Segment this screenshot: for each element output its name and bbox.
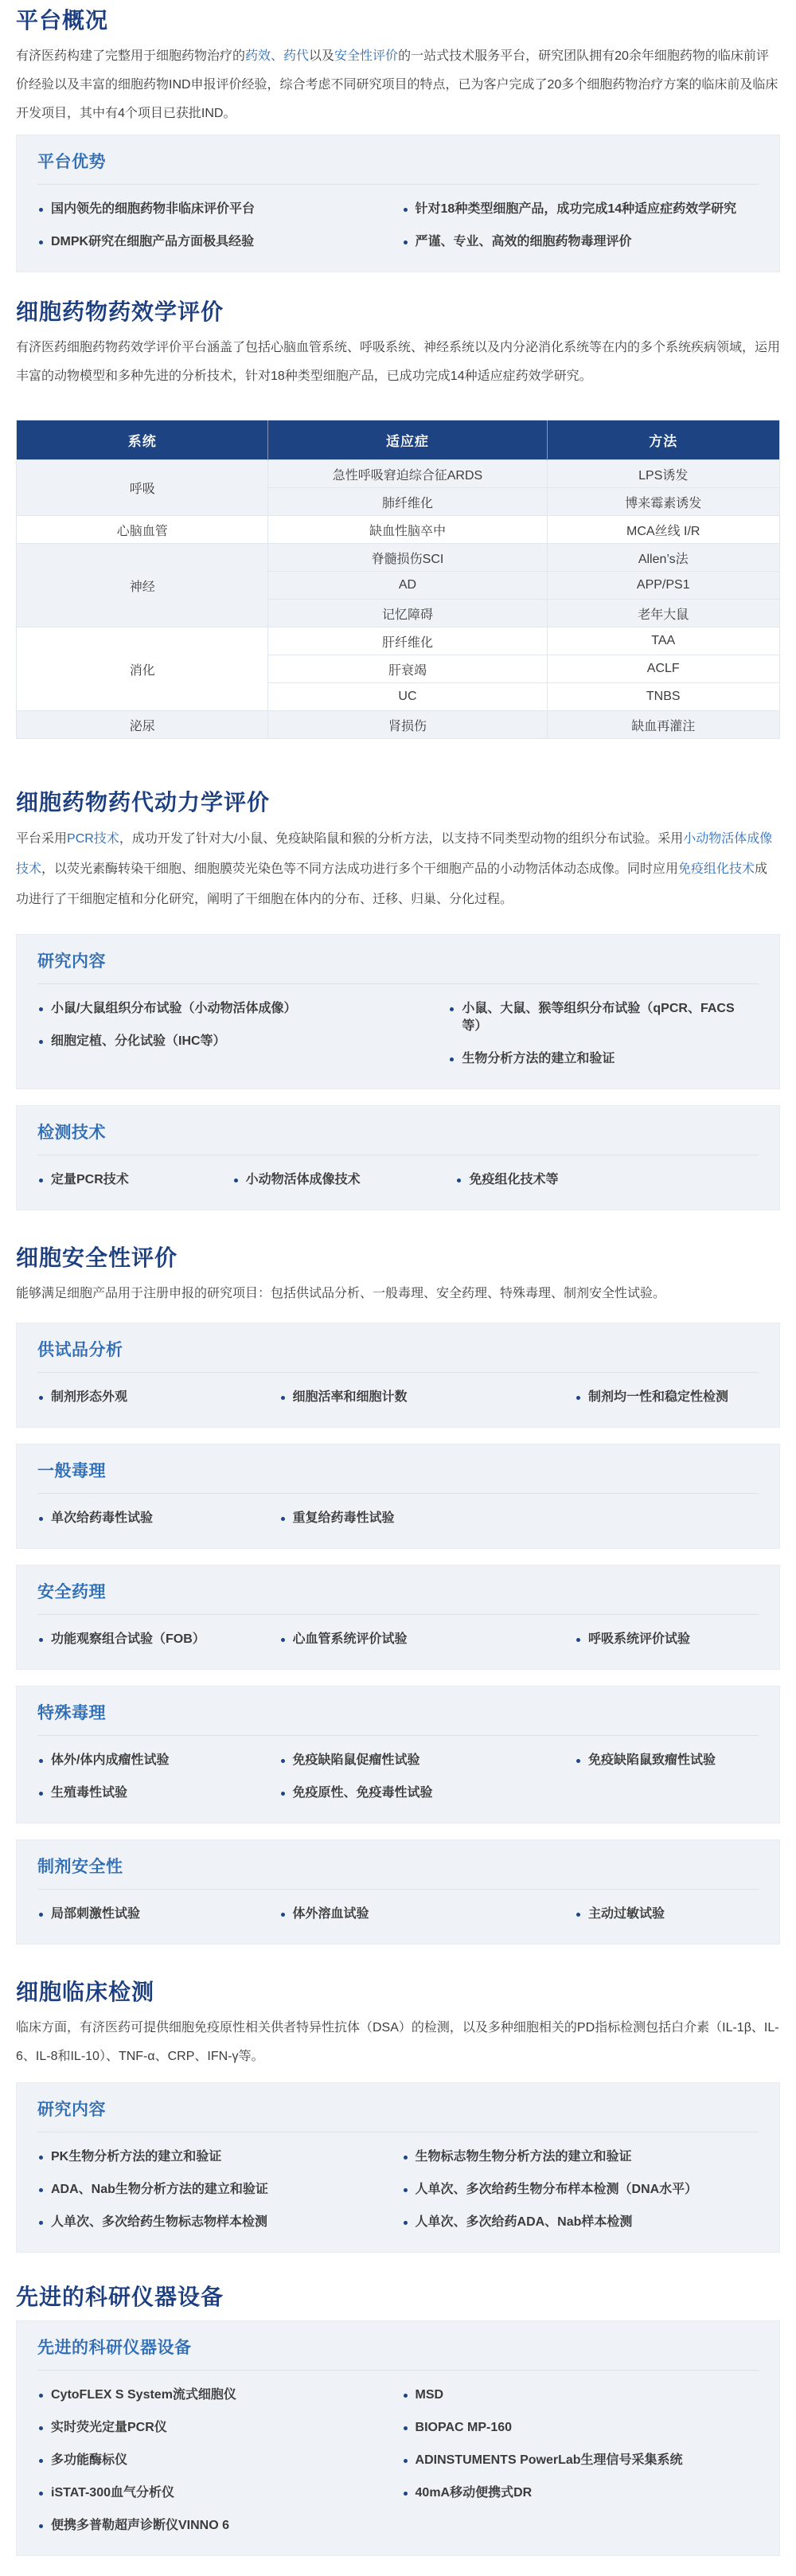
bullet-column: 针对18种类型细胞产品，成功完成14种适应症药效学研究严谨、专业、高效的细胞药物…: [402, 201, 759, 251]
bullet-icon: [39, 1759, 43, 1763]
bullet-column: [575, 1510, 759, 1527]
table-cell-indication: 脊髓损伤SCI: [268, 544, 547, 572]
bullet-column: 体外/体内成瘤性试验生殖毒性试验: [37, 1752, 279, 1802]
bullet-item: 国内领先的细胞药物非临床评价平台: [37, 201, 402, 218]
section-pharmacokinetics: 细胞药物药代动力学评价 平台采用PCR技术，成功开发了针对大/小鼠、免疫缺陷鼠和…: [16, 787, 780, 915]
bullet-column: 局部刺激性试验: [37, 1906, 279, 1923]
text-segment: ，以荧光素酶转染干细胞、细胞膜荧光染色等不同方法成功进行多个干细胞产品的小动物活…: [41, 862, 678, 876]
section-clinical-testing: 细胞临床检测 临床方面，有济医药可提供细胞免疫原性相关供者特异性抗体（DSA）的…: [16, 1976, 780, 2071]
bullet-icon: [39, 1396, 43, 1400]
section-title: 细胞临床检测: [16, 1976, 780, 2007]
bullet-item: 实时荧光定量PCR仪: [37, 2419, 402, 2437]
table-cell-method: TAA: [547, 627, 780, 655]
bullet-columns: 小鼠/大鼠组织分布试验（小动物活体成像）细胞定植、分化试验（IHC等）小鼠、大鼠…: [37, 1000, 759, 1068]
bullet-columns: CytoFLEX S System流式细胞仪实时荧光定量PCR仪多功能酶标仪iS…: [37, 2386, 759, 2535]
bullet-icon: [404, 2426, 408, 2430]
table-row: 呼吸急性呼吸窘迫综合征ARDSLPS诱发: [17, 460, 780, 488]
table-cell-method: ACLF: [547, 655, 780, 683]
bullet-label: 主动过敏试验: [588, 1906, 665, 1923]
bullet-label: 人单次、多次给药ADA、Nab样本检测: [416, 2214, 633, 2231]
bullet-icon: [281, 1759, 285, 1763]
bullet-columns: 局部刺激性试验体外溶血试验主动过敏试验: [37, 1906, 759, 1923]
bullet-label: 重复给药毒性试验: [293, 1510, 395, 1527]
bullet-item: 便携多普勒超声诊断仪VINNO 6: [37, 2517, 402, 2535]
table-cell-method: MCA丝线 I/R: [547, 516, 780, 544]
divider: [37, 1735, 759, 1736]
card-title: 特殊毒理: [37, 1702, 759, 1725]
table-cell-indication: 急性呼吸窘迫综合征ARDS: [268, 460, 547, 488]
bullet-label: 局部刺激性试验: [51, 1906, 140, 1923]
card-equipment-list: 先进的科研仪器设备 CytoFLEX S System流式细胞仪实时荧光定量PC…: [16, 2320, 780, 2556]
bullet-item: 免疫组化技术等: [455, 1171, 759, 1189]
bullet-item: 严谨、专业、高效的细胞药物毒理评价: [402, 233, 759, 251]
table-row: 泌尿肾损伤缺血再灌注: [17, 711, 780, 739]
table-cell-method: LPS诱发: [547, 460, 780, 488]
section-title: 细胞安全性评价: [16, 1242, 780, 1273]
card-clinical-research-content: 研究内容 PK生物分析方法的建立和验证ADA、Nab生物分析方法的建立和验证人单…: [16, 2082, 780, 2253]
table-cell-method: Allen’s法: [547, 544, 780, 572]
table-cell-method: TNBS: [547, 683, 780, 711]
card-title: 平台优势: [37, 151, 759, 174]
bullet-item: 免疫原性、免疫毒性试验: [279, 1784, 575, 1802]
bullet-icon: [39, 2524, 43, 2528]
card-title: 研究内容: [37, 2099, 759, 2121]
table-cell-system: 呼吸: [17, 460, 268, 516]
bullet-label: 呼吸系统评价试验: [588, 1631, 690, 1648]
bullet-icon: [281, 1517, 285, 1521]
bullet-item: 小鼠、大鼠、猴等组织分布试验（qPCR、FACS等）: [448, 1000, 759, 1035]
table-header-method: 方法: [547, 420, 780, 460]
bullet-label: CytoFLEX S System流式细胞仪: [51, 2386, 236, 2404]
bullet-label: 人单次、多次给药生物分布样本检测（DNA水平）: [416, 2181, 698, 2199]
section-title: 细胞药物药代动力学评价: [16, 787, 780, 818]
bullet-icon: [39, 1792, 43, 1796]
section-title: 先进的科研仪器设备: [16, 2281, 780, 2312]
card-general-toxicology: 一般毒理 单次给药毒性试验重复给药毒性试验: [16, 1444, 780, 1549]
bullet-item: 人单次、多次给药生物标志物样本检测: [37, 2214, 402, 2231]
bullet-icon: [281, 1638, 285, 1642]
bullet-label: 严谨、专业、高效的细胞药物毒理评价: [416, 233, 632, 251]
bullet-item: 小鼠/大鼠组织分布试验（小动物活体成像）: [37, 1000, 448, 1018]
pk-paragraph: 平台采用PCR技术，成功开发了针对大/小鼠、免疫缺陷鼠和猴的分析方法，以支持不同…: [16, 824, 780, 915]
bullet-item: 主动过敏试验: [575, 1906, 759, 1923]
card-sample-analysis: 供试品分析 制剂形态外观细胞活率和细胞计数制剂均一性和稳定性检测: [16, 1323, 780, 1428]
bullet-column: 生物标志物生物分析方法的建立和验证人单次、多次给药生物分布样本检测（DNA水平）…: [402, 2148, 759, 2231]
bullet-label: ADINSTUMENTS PowerLab生理信号采集系统: [416, 2452, 683, 2469]
bullet-column: 单次给药毒性试验: [37, 1510, 279, 1527]
bullet-item: 生物标志物生物分析方法的建立和验证: [402, 2148, 759, 2166]
bullet-column: 小动物活体成像技术: [232, 1171, 456, 1189]
bullet-icon: [576, 1759, 580, 1763]
bullet-item: 制剂均一性和稳定性检测: [575, 1389, 759, 1406]
card-title: 检测技术: [37, 1122, 759, 1144]
table-cell-indication: 肝纤维化: [268, 627, 547, 655]
table-cell-indication: 缺血性脑卒中: [268, 516, 547, 544]
bullet-label: 国内领先的细胞药物非临床评价平台: [51, 201, 255, 218]
divider: [37, 2132, 759, 2132]
table-body: 呼吸急性呼吸窘迫综合征ARDSLPS诱发肺纤维化博来霉素诱发心脑血管缺血性脑卒中…: [17, 460, 780, 739]
bullet-column: 定量PCR技术: [37, 1171, 232, 1189]
bullet-icon: [39, 1517, 43, 1521]
bullet-label: 40mA移动便携式DR: [416, 2484, 533, 2502]
bullet-icon: [39, 2394, 43, 2398]
table-cell-system: 消化: [17, 627, 268, 711]
bullet-label: 免疫缺陷鼠致瘤性试验: [588, 1752, 716, 1769]
divider: [37, 1155, 759, 1155]
bullet-columns: 单次给药毒性试验重复给药毒性试验: [37, 1510, 759, 1527]
bullet-label: 小鼠、大鼠、猴等组织分布试验（qPCR、FACS等）: [462, 1000, 749, 1035]
bullet-label: 小鼠/大鼠组织分布试验（小动物活体成像）: [51, 1000, 296, 1018]
bullet-label: 心血管系统评价试验: [293, 1631, 408, 1648]
bullet-column: 体外溶血试验: [279, 1906, 575, 1923]
bullet-column: 免疫组化技术等: [455, 1171, 759, 1189]
safety-paragraph: 能够满足细胞产品用于注册申报的研究项目：包括供试品分析、一般毒理、安全药理、特殊…: [16, 1280, 780, 1308]
bullet-column: 制剂均一性和稳定性检测: [575, 1389, 759, 1406]
divider: [37, 1614, 759, 1615]
bullet-icon: [404, 2394, 408, 2398]
bullet-label: DMPK研究在细胞产品方面极具经验: [51, 233, 254, 251]
table-header-system: 系统: [17, 420, 268, 460]
divider: [37, 1493, 759, 1494]
bullet-icon: [39, 1913, 43, 1917]
bullet-icon: [39, 2221, 43, 2225]
bullet-item: 呼吸系统评价试验: [575, 1631, 759, 1648]
text-segment: 平台采用: [16, 832, 67, 846]
bullet-item: 心血管系统评价试验: [279, 1631, 575, 1648]
bullet-icon: [404, 2156, 408, 2160]
pd-paragraph: 有济医药细胞药物药效学评价平台涵盖了包括心脑血管系统、呼吸系统、神经系统以及内分…: [16, 334, 780, 391]
overview-paragraph: 有济医药构建了完整用于细胞药物治疗的药效、药代以及安全性评价的一站式技术服务平台…: [16, 42, 780, 128]
card-title: 安全药理: [37, 1581, 759, 1604]
bullet-column: 主动过敏试验: [575, 1906, 759, 1923]
bullet-icon: [39, 1179, 43, 1182]
bullet-columns: 国内领先的细胞药物非临床评价平台DMPK研究在细胞产品方面极具经验针对18种类型…: [37, 201, 759, 251]
divider: [37, 1372, 759, 1373]
bullet-label: 制剂均一性和稳定性检测: [588, 1389, 728, 1406]
card-formulation-safety: 制剂安全性 局部刺激性试验体外溶血试验主动过敏试验: [16, 1839, 780, 1945]
bullet-label: 生物分析方法的建立和验证: [462, 1050, 615, 1068]
highlighted-term: 免疫组化技术: [678, 862, 755, 876]
bullet-icon: [404, 2459, 408, 2463]
bullet-label: 体外溶血试验: [293, 1906, 369, 1923]
bullet-label: 实时荧光定量PCR仪: [51, 2419, 167, 2437]
table-cell-method: 缺血再灌注: [547, 711, 780, 739]
bullet-icon: [457, 1179, 461, 1182]
bullet-item: 定量PCR技术: [37, 1171, 232, 1189]
bullet-label: BIOPAC MP-160: [416, 2419, 513, 2437]
page-title: 平台概况: [16, 5, 780, 36]
text-segment: 有济医药构建了完整用于细胞药物治疗的: [16, 49, 245, 63]
bullet-item: 细胞定植、分化试验（IHC等）: [37, 1033, 448, 1050]
divider: [37, 2370, 759, 2371]
card-title: 制剂安全性: [37, 1856, 759, 1878]
table-cell-system: 心脑血管: [17, 516, 268, 544]
bullet-item: ADA、Nab生物分析方法的建立和验证: [37, 2181, 402, 2199]
bullet-label: 细胞定植、分化试验（IHC等）: [51, 1033, 226, 1050]
page-content: 平台概况 有济医药构建了完整用于细胞药物治疗的药效、药代以及安全性评价的一站式技…: [0, 0, 796, 2576]
bullet-item: 生物分析方法的建立和验证: [448, 1050, 759, 1068]
bullet-columns: 定量PCR技术小动物活体成像技术免疫组化技术等: [37, 1171, 759, 1189]
section-platform-overview: 平台概况 有济医药构建了完整用于细胞药物治疗的药效、药代以及安全性评价的一站式技…: [16, 5, 780, 128]
bullet-icon: [39, 240, 43, 244]
bullet-label: 免疫组化技术等: [469, 1171, 558, 1189]
table-cell-indication: 肺纤维化: [268, 488, 547, 516]
highlighted-term: 药效、药代: [245, 49, 309, 63]
bullet-label: 功能观察组合试验（FOB）: [51, 1631, 205, 1648]
bullet-icon: [281, 1792, 285, 1796]
divider: [37, 184, 759, 185]
pd-indications-table: 系统 适应症 方法 呼吸急性呼吸窘迫综合征ARDSLPS诱发肺纤维化博来霉素诱发…: [16, 420, 780, 739]
bullet-label: PK生物分析方法的建立和验证: [51, 2148, 221, 2166]
bullet-icon: [39, 2156, 43, 2160]
bullet-icon: [576, 1396, 580, 1400]
card-title: 供试品分析: [37, 1339, 759, 1362]
bullet-item: ADINSTUMENTS PowerLab生理信号采集系统: [402, 2452, 759, 2469]
bullet-item: 制剂形态外观: [37, 1389, 279, 1406]
bullet-item: 多功能酶标仪: [37, 2452, 402, 2469]
table-cell-indication: 肝衰竭: [268, 655, 547, 683]
bullet-label: 单次给药毒性试验: [51, 1510, 153, 1527]
bullet-icon: [39, 208, 43, 212]
bullet-item: 人单次、多次给药ADA、Nab样本检测: [402, 2214, 759, 2231]
bullet-icon: [576, 1913, 580, 1917]
bullet-label: 针对18种类型细胞产品，成功完成14种适应症药效学研究: [416, 201, 737, 218]
bullet-column: 呼吸系统评价试验: [575, 1631, 759, 1648]
bullet-icon: [39, 1638, 43, 1642]
bullet-label: 小动物活体成像技术: [246, 1171, 361, 1189]
bullet-item: 免疫缺陷鼠促瘤性试验: [279, 1752, 575, 1769]
bullet-columns: 制剂形态外观细胞活率和细胞计数制剂均一性和稳定性检测: [37, 1389, 759, 1406]
section-title: 细胞药物药效学评价: [16, 296, 780, 327]
bullet-item: 40mA移动便携式DR: [402, 2484, 759, 2502]
bullet-column: 小鼠/大鼠组织分布试验（小动物活体成像）细胞定植、分化试验（IHC等）: [37, 1000, 448, 1068]
bullet-icon: [39, 1007, 43, 1011]
bullet-label: 制剂形态外观: [51, 1389, 127, 1406]
section-pharmacodynamics: 细胞药物药效学评价 有济医药细胞药物药效学评价平台涵盖了包括心脑血管系统、呼吸系…: [16, 296, 780, 739]
card-detection-tech: 检测技术 定量PCR技术小动物活体成像技术免疫组化技术等: [16, 1105, 780, 1210]
bullet-column: 小鼠、大鼠、猴等组织分布试验（qPCR、FACS等）生物分析方法的建立和验证: [448, 1000, 759, 1068]
bullet-icon: [404, 208, 408, 212]
bullet-column: CytoFLEX S System流式细胞仪实时荧光定量PCR仪多功能酶标仪iS…: [37, 2386, 402, 2535]
bullet-label: ADA、Nab生物分析方法的建立和验证: [51, 2181, 268, 2199]
bullet-icon: [576, 1638, 580, 1642]
table-row: 消化肝纤维化TAA: [17, 627, 780, 655]
bullet-label: 定量PCR技术: [51, 1171, 129, 1189]
bullet-label: 体外/体内成瘤性试验: [51, 1752, 169, 1769]
table-header-indication: 适应症: [268, 420, 547, 460]
card-title: 研究内容: [37, 951, 759, 973]
bullet-icon: [39, 2188, 43, 2192]
table-row: 神经脊髓损伤SCIAllen’s法: [17, 544, 780, 572]
table-cell-system: 泌尿: [17, 711, 268, 739]
bullet-column: 免疫缺陷鼠促瘤性试验免疫原性、免疫毒性试验: [279, 1752, 575, 1802]
bullet-label: 生殖毒性试验: [51, 1784, 127, 1802]
bullet-icon: [39, 1040, 43, 1044]
bullet-item: PK生物分析方法的建立和验证: [37, 2148, 402, 2166]
bullet-icon: [450, 1057, 454, 1061]
bullet-icon: [39, 2426, 43, 2430]
bullet-icon: [404, 2188, 408, 2192]
bullet-icon: [404, 2221, 408, 2225]
bullet-column: PK生物分析方法的建立和验证ADA、Nab生物分析方法的建立和验证人单次、多次给…: [37, 2148, 402, 2231]
bullet-item: 单次给药毒性试验: [37, 1510, 279, 1527]
bullet-item: 细胞活率和细胞计数: [279, 1389, 575, 1406]
bullet-icon: [404, 240, 408, 244]
bullet-item: 小动物活体成像技术: [232, 1171, 456, 1189]
bullet-item: 体外/体内成瘤性试验: [37, 1752, 279, 1769]
card-safety-pharmacology: 安全药理 功能观察组合试验（FOB）心血管系统评价试验呼吸系统评价试验: [16, 1565, 780, 1670]
table-cell-method: 老年大鼠: [547, 600, 780, 627]
section-cell-safety: 细胞安全性评价 能够满足细胞产品用于注册申报的研究项目：包括供试品分析、一般毒理…: [16, 1242, 780, 1308]
table-cell-indication: AD: [268, 572, 547, 600]
table-cell-indication: UC: [268, 683, 547, 711]
bullet-label: 免疫缺陷鼠促瘤性试验: [293, 1752, 420, 1769]
bullet-column: 制剂形态外观: [37, 1389, 279, 1406]
bullet-columns: 体外/体内成瘤性试验生殖毒性试验免疫缺陷鼠促瘤性试验免疫原性、免疫毒性试验免疫缺…: [37, 1752, 759, 1802]
bullet-icon: [281, 1396, 285, 1400]
bullet-item: BIOPAC MP-160: [402, 2419, 759, 2437]
bullet-icon: [39, 2492, 43, 2496]
bullet-column: MSDBIOPAC MP-160ADINSTUMENTS PowerLab生理信…: [402, 2386, 759, 2535]
bullet-icon: [450, 1007, 454, 1011]
bullet-column: 细胞活率和细胞计数: [279, 1389, 575, 1406]
bullet-columns: PK生物分析方法的建立和验证ADA、Nab生物分析方法的建立和验证人单次、多次给…: [37, 2148, 759, 2231]
highlighted-term: PCR技术: [67, 832, 119, 846]
clinical-paragraph: 临床方面，有济医药可提供细胞免疫原性相关供者特异性抗体（DSA）的检测，以及多种…: [16, 2014, 780, 2071]
section-equipment: 先进的科研仪器设备: [16, 2281, 780, 2312]
table-cell-method: 博来霉素诱发: [547, 488, 780, 516]
card-title: 一般毒理: [37, 1460, 759, 1483]
card-title: 先进的科研仪器设备: [37, 2337, 759, 2359]
table-cell-indication: 肾损伤: [268, 711, 547, 739]
table-header: 系统 适应症 方法: [17, 420, 780, 460]
divider: [37, 983, 759, 984]
bullet-label: 便携多普勒超声诊断仪VINNO 6: [51, 2517, 229, 2535]
bullet-label: 免疫原性、免疫毒性试验: [293, 1784, 433, 1802]
bullet-icon: [281, 1913, 285, 1917]
bullet-label: iSTAT-300血气分析仪: [51, 2484, 174, 2502]
bullet-item: 免疫缺陷鼠致瘤性试验: [575, 1752, 759, 1769]
bullet-label: 生物标志物生物分析方法的建立和验证: [416, 2148, 632, 2166]
text-segment: ，成功开发了针对大/小鼠、免疫缺陷鼠和猴的分析方法，以支持不同类型动物的组织分布…: [119, 832, 683, 846]
bullet-label: 多功能酶标仪: [51, 2452, 127, 2469]
bullet-item: 人单次、多次给药生物分布样本检测（DNA水平）: [402, 2181, 759, 2199]
bullet-columns: 功能观察组合试验（FOB）心血管系统评价试验呼吸系统评价试验: [37, 1631, 759, 1648]
card-special-toxicology: 特殊毒理 体外/体内成瘤性试验生殖毒性试验免疫缺陷鼠促瘤性试验免疫原性、免疫毒性…: [16, 1686, 780, 1824]
bullet-icon: [234, 1179, 238, 1182]
bullet-item: MSD: [402, 2386, 759, 2404]
bullet-column: 免疫缺陷鼠致瘤性试验: [575, 1752, 759, 1802]
bullet-column: 功能观察组合试验（FOB）: [37, 1631, 279, 1648]
bullet-item: iSTAT-300血气分析仪: [37, 2484, 402, 2502]
bullet-icon: [404, 2492, 408, 2496]
bullet-item: 体外溶血试验: [279, 1906, 575, 1923]
text-segment: 以及: [309, 49, 334, 63]
bullet-column: 国内领先的细胞药物非临床评价平台DMPK研究在细胞产品方面极具经验: [37, 201, 402, 251]
bullet-label: 细胞活率和细胞计数: [293, 1389, 408, 1406]
bullet-column: 心血管系统评价试验: [279, 1631, 575, 1648]
highlighted-term: 安全性评价: [334, 49, 398, 63]
bullet-item: 局部刺激性试验: [37, 1906, 279, 1923]
bullet-label: MSD: [416, 2386, 444, 2404]
bullet-icon: [39, 2459, 43, 2463]
bullet-item: 生殖毒性试验: [37, 1784, 279, 1802]
table-cell-indication: 记忆障碍: [268, 600, 547, 627]
bullet-item: DMPK研究在细胞产品方面极具经验: [37, 233, 402, 251]
table-cell-method: APP/PS1: [547, 572, 780, 600]
bullet-item: CytoFLEX S System流式细胞仪: [37, 2386, 402, 2404]
table-row: 心脑血管缺血性脑卒中MCA丝线 I/R: [17, 516, 780, 544]
divider: [37, 1889, 759, 1890]
bullet-item: 针对18种类型细胞产品，成功完成14种适应症药效学研究: [402, 201, 759, 218]
card-pk-research-content: 研究内容 小鼠/大鼠组织分布试验（小动物活体成像）细胞定植、分化试验（IHC等）…: [16, 934, 780, 1089]
card-platform-advantages: 平台优势 国内领先的细胞药物非临床评价平台DMPK研究在细胞产品方面极具经验针对…: [16, 135, 780, 272]
bullet-label: 人单次、多次给药生物标志物样本检测: [51, 2214, 267, 2231]
bullet-item: 功能观察组合试验（FOB）: [37, 1631, 279, 1648]
table-cell-system: 神经: [17, 544, 268, 627]
bullet-item: 重复给药毒性试验: [279, 1510, 575, 1527]
bullet-column: 重复给药毒性试验: [279, 1510, 575, 1527]
